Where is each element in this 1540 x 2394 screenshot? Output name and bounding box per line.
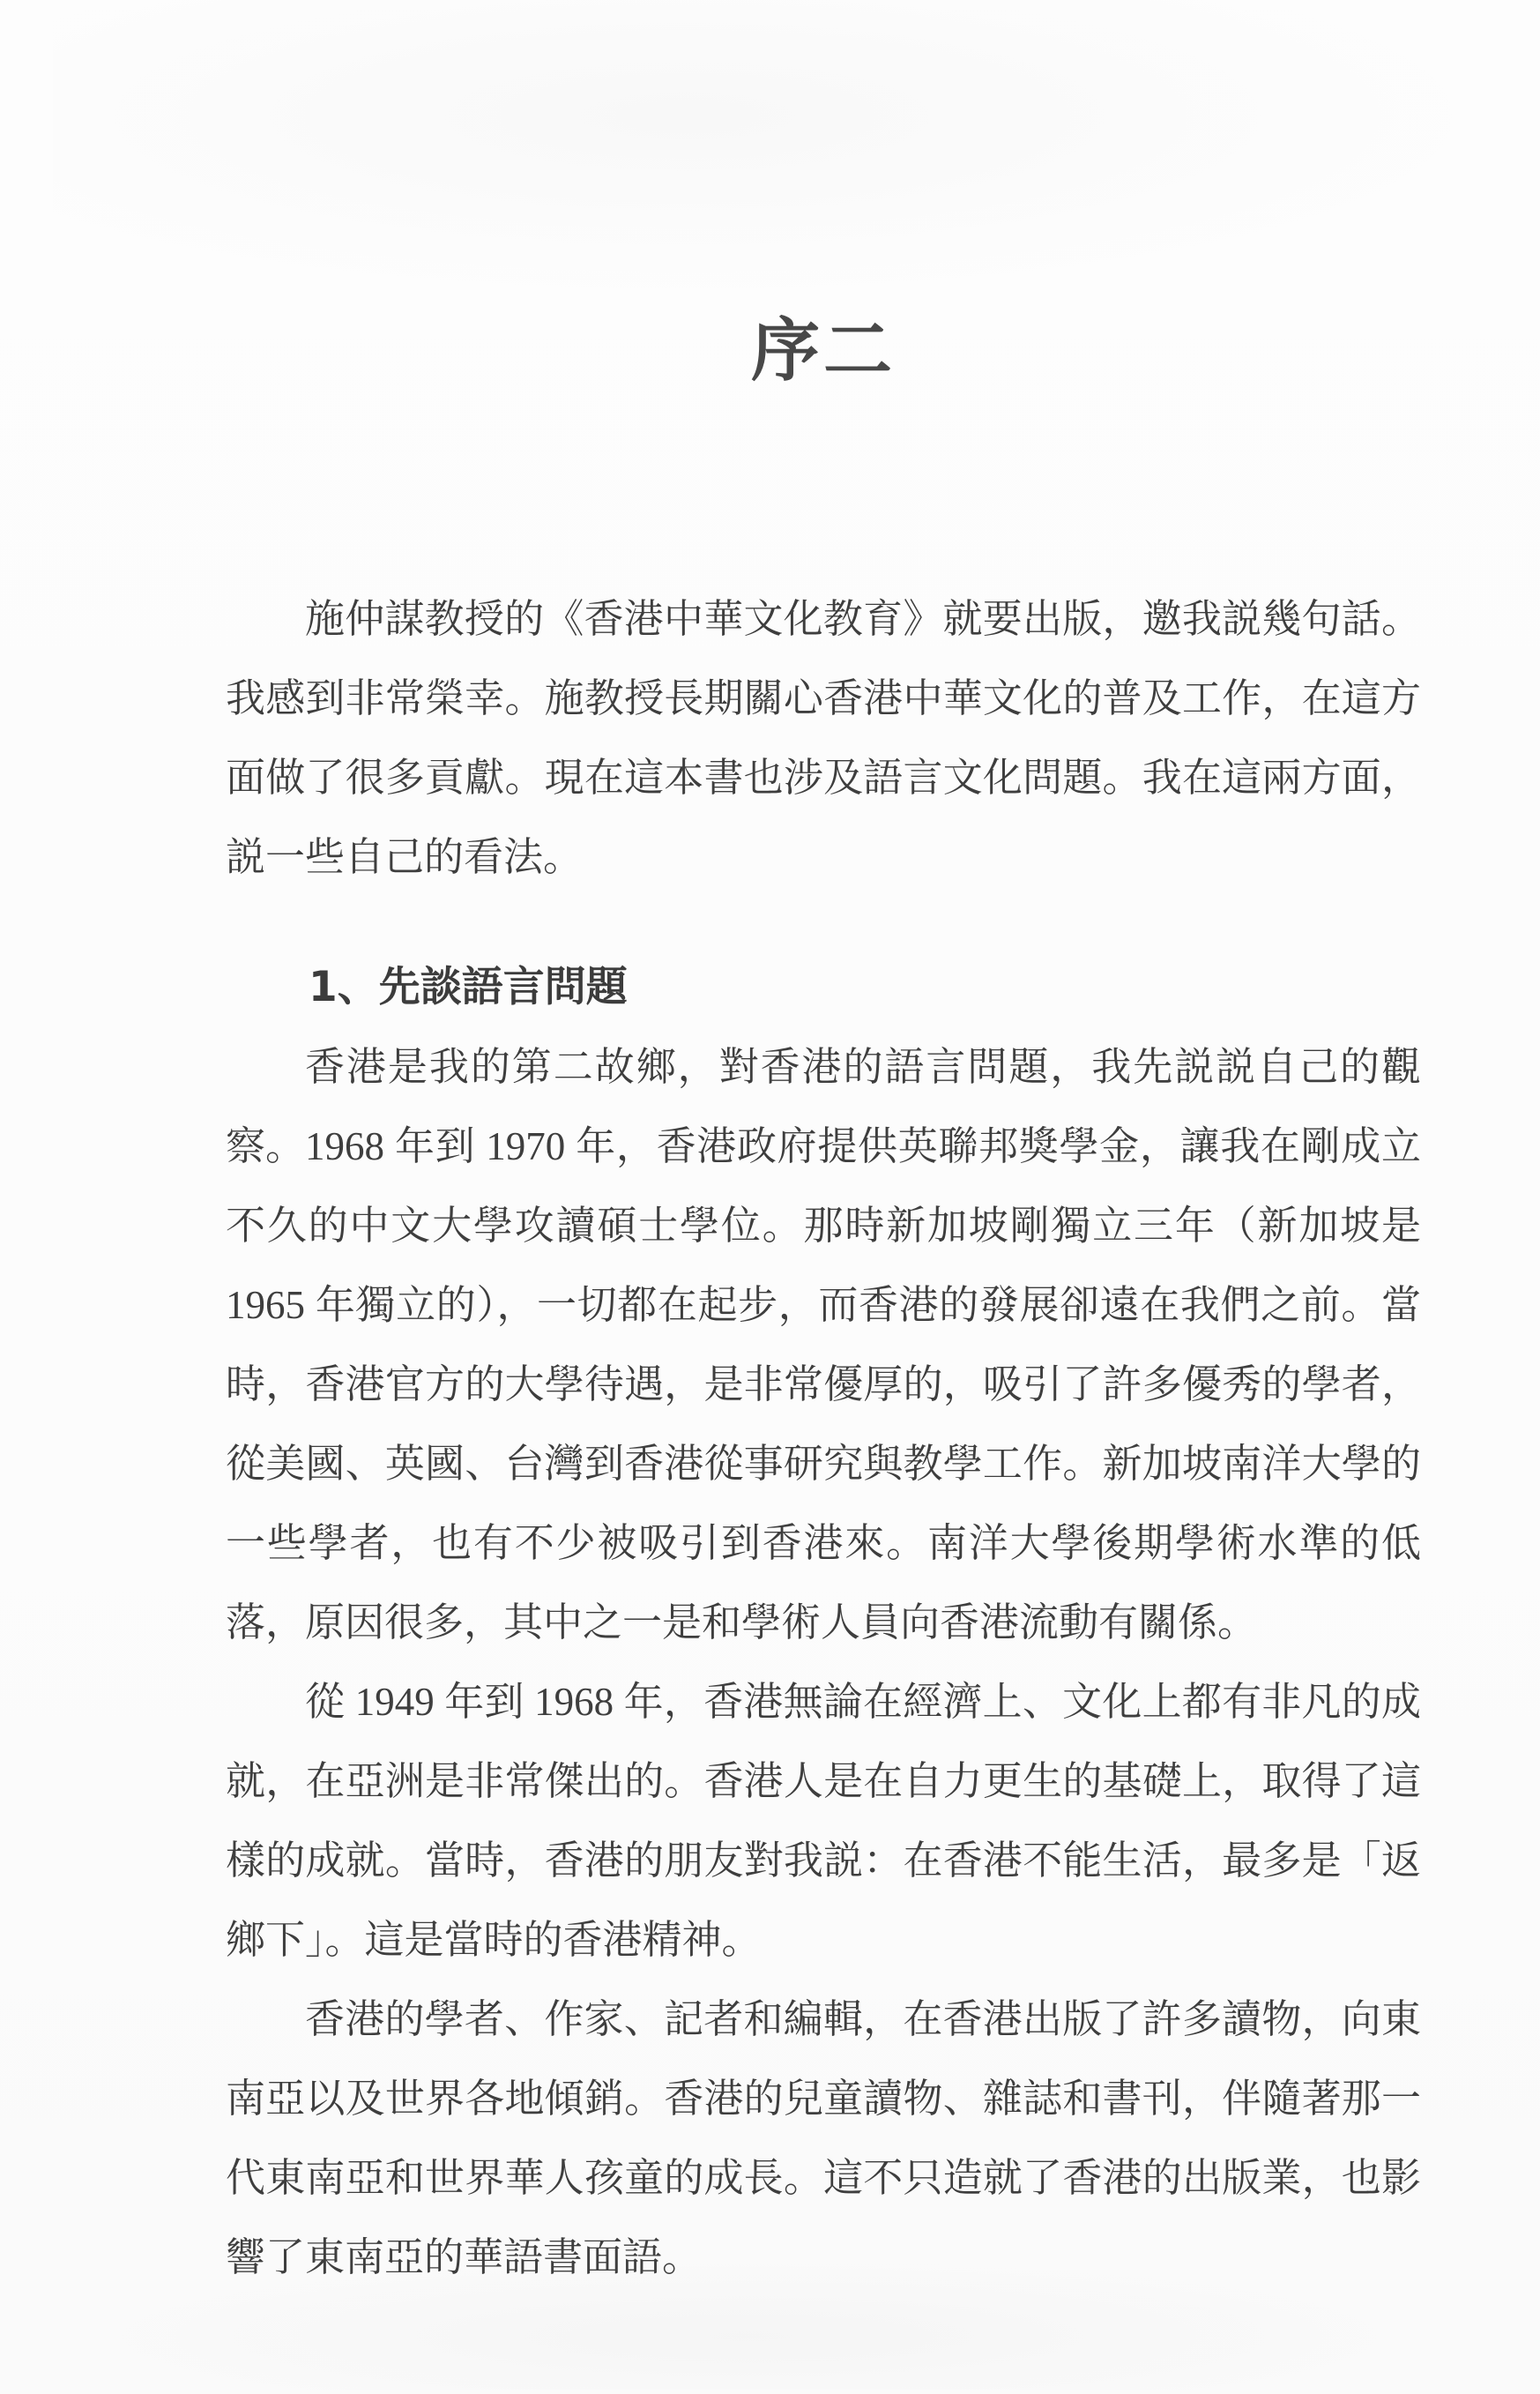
body-paragraph: 1968 年到 1970 年，香港政府提供英聯邦獎學金，讓我在剛成立不久的中文大…: [226, 1107, 1421, 1662]
page-title: 序二: [226, 307, 1421, 395]
section-heading: 1、先談語言問題: [226, 948, 1421, 1027]
body-paragraph: 從 1949 年到 1968 年，香港無論在經濟上、文化上都有非凡的成就，在亞洲…: [226, 1662, 1421, 1980]
intro-paragraph: 施仲謀教授的《香港中華文化教育》就要出版，邀我説幾句話。我感到非常榮幸。施教授長…: [226, 579, 1421, 897]
scan-artifact: [53, 0, 1463, 291]
body-paragraph: 香港的學者、作家、記者和編輯，在香港出版了許多讀物，向東南亞以及世界各地傾銷。香…: [226, 1980, 1421, 2297]
book-page: 序二 施仲謀教授的《香港中華文化教育》就要出版，邀我説幾句話。我感到非常榮幸。施…: [0, 0, 1540, 2394]
